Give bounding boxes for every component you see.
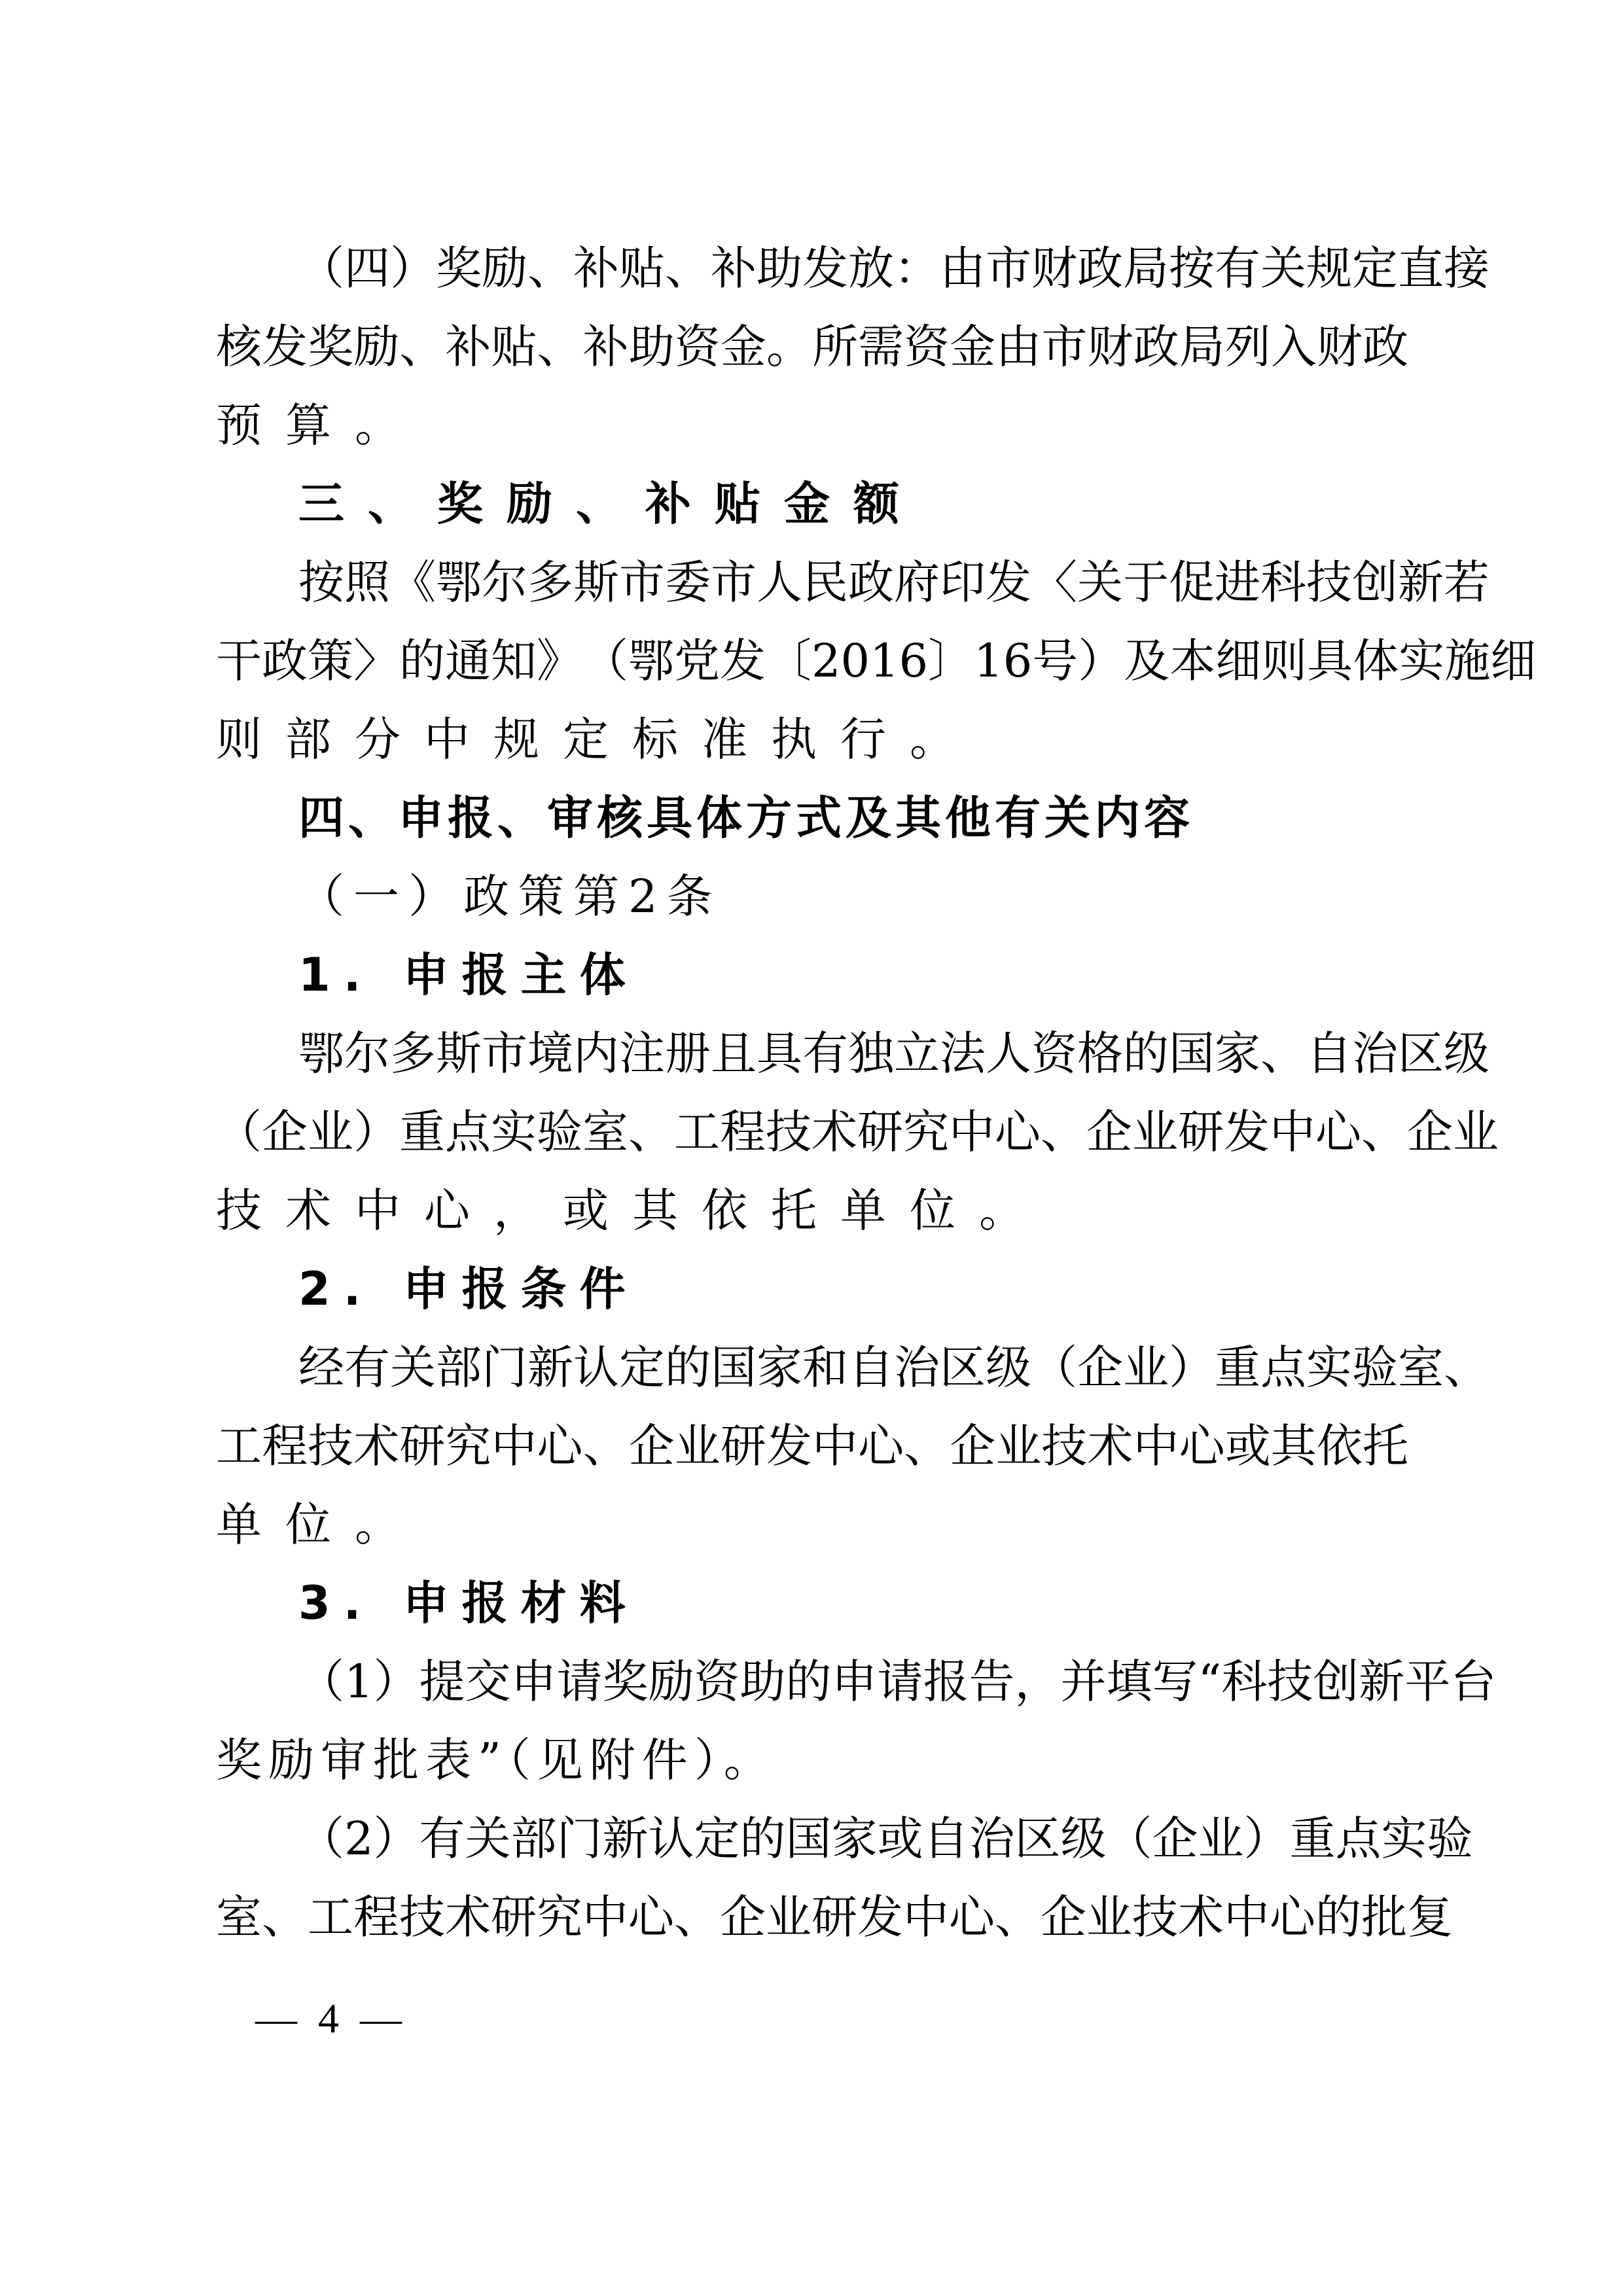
glyph: “ [1198,1646,1222,1718]
glyph: 平 [1404,1646,1450,1718]
glyph: 的 [1315,1881,1361,1953]
glyph: 斯 [436,1017,482,1089]
paragraph-applicant-line-3: 技术中心，或其依托单位。 [216,1174,1408,1246]
glyph: 业 [1453,1096,1499,1168]
paragraph-material-1-line-1: （1）提交申请奖励资助的申请报告，并填写“科技创新平台 [298,1646,1408,1718]
glyph: 点 [1260,1332,1306,1404]
glyph: 认 [649,1803,694,1875]
glyph: 并 [1061,1646,1107,1718]
glyph: 放 [848,232,894,304]
glyph: 发 [262,311,308,383]
glyph: 业 [766,1881,811,1953]
glyph: 、 [1041,1096,1086,1168]
section-heading-application-review: 四、申报、审核具体方式及其他有关内容 [298,782,1408,854]
glyph: 若 [1444,546,1489,618]
glyph: 委 [665,546,711,618]
glyph: 、 [904,1410,950,1482]
glyph: （ [216,1096,262,1168]
glyph: 家 [832,1803,878,1875]
paragraph-material-2-line-2: 室、工程技术研究中心、企业研发中心、企业技术中心的批复 [216,1881,1408,1953]
glyph: 〈 [1031,546,1077,618]
glyph: 知 [491,625,537,697]
glyph: 入 [1271,311,1317,383]
glyph: 立 [894,1017,940,1089]
glyph: 发 [802,232,848,304]
glyph: 中 [1133,1410,1179,1482]
glyph: 发 [857,1881,903,1953]
glyph: 发 [1224,1096,1270,1168]
glyph: 格 [1077,1017,1123,1089]
glyph: 印 [940,546,986,618]
glyph: 认 [573,1332,619,1404]
glyph: 和 [802,1332,848,1404]
glyph: 级 [1061,1803,1107,1875]
glyph: 定 [1352,232,1398,304]
glyph: 新 [1359,1646,1404,1718]
glyph: 程 [353,1881,399,1953]
glyph: 资 [675,311,721,383]
glyph: 申 [511,1646,557,1718]
glyph: 政 [1363,311,1408,383]
glyph: 册 [665,1017,711,1089]
glyph: 补 [445,311,491,383]
glyph: 自 [1306,1017,1352,1089]
paragraph-conditions-line-1: 经有关部门新认定的国家和自治区级（企业）重点实验室、 [298,1332,1408,1404]
glyph: 申 [832,1646,878,1718]
glyph: 或 [1225,1410,1271,1482]
glyph: 术 [353,1410,399,1482]
glyph: 心 [1270,1881,1315,1953]
glyph: 有 [1215,232,1260,304]
glyph: 新 [603,1803,649,1875]
glyph: 政 [262,625,308,697]
glyph: 区 [1398,1017,1444,1089]
glyph: ） [374,1646,419,1718]
paragraph-conditions-line-3: 单位。 [216,1489,1408,1561]
glyph: 多 [390,1017,436,1089]
glyph: 发 [766,1410,812,1482]
glyph: 研 [857,1096,903,1168]
glyph: 门 [557,1803,603,1875]
paragraph-material-2-line-1: （2）有关部门新认定的国家或自治区级（企业）重点实验 [298,1803,1408,1875]
glyph: 贴 [619,232,665,304]
glyph: 府 [894,546,940,618]
glyph: 中 [812,1410,858,1482]
glyph: 16 [974,625,1032,697]
glyph: 技 [1041,1410,1087,1482]
glyph: 实 [491,1096,537,1168]
glyph: 企 [1041,1881,1086,1953]
glyph: ： [894,232,940,304]
glyph: 新 [1398,546,1444,618]
glyph: 鄂 [436,546,482,618]
paragraph-disbursement-line-1: （四）奖励、补贴、补助发放：由市财政局按有关规定直接 [298,232,1408,304]
glyph: 企 [950,1410,995,1482]
glyph: 有 [344,1332,390,1404]
glyph: 自 [923,1803,969,1875]
glyph: 其 [1271,1410,1317,1482]
section-heading-award-amount: 三、奖励、补贴金额 [298,468,1408,540]
glyph: 究 [445,1410,491,1482]
glyph: 定 [694,1803,740,1875]
glyph: （ [1107,1803,1152,1875]
glyph: 工 [308,1881,353,1953]
glyph: 、 [1444,1332,1489,1404]
glyph: 部 [511,1803,557,1875]
glyph: 室 [216,1881,262,1953]
glyph: 〕 [928,625,974,697]
glyph: 家 [1215,1017,1260,1089]
glyph: 技 [1306,546,1352,618]
glyph: 业 [1198,1803,1244,1875]
glyph: 》 [537,625,582,697]
glyph: 于 [1123,546,1169,618]
glyph: 工 [674,1096,720,1168]
glyph: 、 [527,232,573,304]
glyph: 奖 [603,1646,649,1718]
glyph: 细 [1215,625,1261,697]
glyph: 实 [1399,625,1444,697]
glyph: 奖 [308,311,353,383]
glyph: 法 [940,1017,986,1089]
glyph: （ [582,625,628,697]
glyph: 、 [674,1881,720,1953]
glyph: 金 [950,311,995,383]
glyph: 接 [1444,232,1489,304]
glyph: 企 [629,1410,675,1482]
glyph: 的 [786,1646,832,1718]
glyph: 补 [573,232,619,304]
glyph: 《 [390,546,436,618]
glyph: 术 [1178,1881,1224,1953]
glyph: 重 [1215,1332,1260,1404]
glyph: 实 [1382,1803,1427,1875]
glyph: 2 [344,1803,374,1875]
glyph: 企 [720,1881,766,1953]
glyph: 补 [711,232,757,304]
glyph: 市 [482,1017,527,1089]
glyph: 通 [445,625,491,697]
glyph: 重 [1290,1803,1336,1875]
glyph: 业 [995,1410,1041,1482]
glyph: （ [298,1646,344,1718]
glyph: 市 [711,546,757,618]
glyph: ） [374,1803,419,1875]
glyph: 政 [1077,232,1123,304]
glyph: 照 [344,546,390,618]
glyph: 心 [995,1096,1041,1168]
glyph: 由 [940,232,986,304]
glyph: 批 [1361,1881,1407,1953]
glyph: 资 [694,1646,740,1718]
glyph: 究 [537,1881,582,1953]
glyph: 中 [491,1410,537,1482]
glyph: 财 [1031,232,1077,304]
glyph: 内 [573,1017,619,1089]
glyph: 市 [986,232,1031,304]
glyph: 业 [308,1096,353,1168]
glyph: 台 [1450,1646,1496,1718]
glyph: 中 [1224,1881,1270,1953]
glyph: 干 [216,625,262,697]
glyph: 促 [1169,546,1215,618]
glyph: 〔 [766,625,811,697]
glyph: 部 [436,1332,482,1404]
glyph: 所 [812,311,858,383]
glyph: 托 [1363,1410,1408,1482]
subheading-policy-article-2: （一）政策第2条 [298,860,1408,932]
glyph: 心 [1179,1410,1225,1482]
paragraph-disbursement-line-3: 预算。 [216,389,1408,461]
glyph: 家 [757,1332,802,1404]
glyph: 新 [527,1332,573,1404]
glyph: 验 [1427,1803,1473,1875]
glyph: 按 [298,546,344,618]
glyph: 1 [344,1646,374,1718]
paragraph-material-1-line-2: 奖励审批表”（见附件）。 [216,1724,1408,1796]
glyph: 有 [419,1803,465,1875]
glyph: 关 [1260,232,1306,304]
glyph: 励 [353,311,399,383]
glyph: 研 [721,1410,766,1482]
glyph: 列 [1225,311,1271,383]
glyph: 工 [216,1410,262,1482]
glyph: 国 [1169,1017,1215,1089]
glyph: 局 [1179,311,1225,383]
glyph: 中 [1270,1096,1315,1168]
glyph: 助 [757,232,802,304]
glyph: 业 [675,1410,721,1482]
glyph: 报 [923,1646,969,1718]
glyph: 关 [1077,546,1123,618]
glyph: 心 [1315,1096,1361,1168]
glyph: 填 [1107,1646,1152,1718]
glyph: 励 [482,232,527,304]
glyph: 具 [757,1017,802,1089]
glyph: 级 [1444,1017,1489,1089]
glyph: 规 [1306,232,1352,304]
glyph: 、 [1361,1096,1407,1168]
glyph: 市 [619,546,665,618]
glyph: 科 [1221,1646,1267,1718]
paragraph-conditions-line-2: 工程技术研究中心、企业研发中心、企业技术中心或其依托 [216,1410,1408,1482]
paragraph-amount-basis-line-3: 则部分中规定标准执行。 [216,703,1408,775]
glyph: 企 [262,1096,308,1168]
glyph: 技 [1132,1881,1178,1953]
glyph: 依 [1317,1410,1363,1482]
glyph: 心 [858,1410,904,1482]
glyph: 技 [766,1096,811,1168]
glyph: 治 [1352,1017,1398,1089]
glyph: 按 [1169,232,1215,304]
glyph: 则 [1261,625,1307,697]
glyph: （ [298,232,344,304]
glyph: 技 [1267,1646,1313,1718]
glyph: 室 [582,1096,628,1168]
glyph: 术 [1087,1410,1133,1482]
glyph: 企 [1152,1803,1198,1875]
glyph: 尔 [482,546,527,618]
item-heading-applicant: 1. 申报主体 [298,939,1408,1011]
glyph: 研 [1178,1096,1224,1168]
glyph: 重 [399,1096,445,1168]
glyph: 业 [1086,1881,1132,1953]
glyph: 民 [802,546,848,618]
glyph: 室 [1398,1332,1444,1404]
glyph: 或 [878,1803,923,1875]
glyph: 程 [720,1096,766,1168]
glyph: 注 [619,1017,665,1089]
glyph: 、 [995,1881,1041,1953]
glyph: 关 [465,1803,511,1875]
glyph: 励 [649,1646,694,1718]
glyph: 企 [1077,1332,1123,1404]
glyph: 鄂 [628,625,674,697]
glyph: 实 [1306,1332,1352,1404]
glyph: 的 [1123,1017,1169,1089]
glyph: 国 [711,1332,757,1404]
glyph: 〉 [353,625,399,697]
glyph: 资 [1031,1017,1077,1089]
glyph: 研 [491,1881,537,1953]
glyph: 且 [711,1017,757,1089]
glyph: 关 [390,1332,436,1404]
glyph: 验 [537,1096,582,1168]
glyph: 施 [1444,625,1490,697]
glyph: 企 [1086,1096,1132,1168]
glyph: 由 [995,311,1041,383]
glyph: 写 [1152,1646,1198,1718]
glyph: ， [1015,1646,1061,1718]
glyph: 点 [445,1096,491,1168]
glyph: （ [298,1803,344,1875]
glyph: 有 [802,1017,848,1089]
glyph: 心 [537,1410,583,1482]
glyph: 国 [786,1803,832,1875]
glyph: 直 [1398,232,1444,304]
glyph: 术 [445,1881,491,1953]
paragraph-applicant-line-1: 鄂尔多斯市境内注册且具有独立法人资格的国家、自治区级 [298,1017,1408,1089]
glyph: 中 [903,1881,949,1953]
glyph: 程 [262,1410,308,1482]
glyph: 复 [1407,1881,1453,1953]
glyph: 企 [1407,1096,1453,1168]
glyph: 体 [1353,625,1399,697]
glyph: 政 [1133,311,1179,383]
glyph: 策 [308,625,353,697]
glyph: （ [1031,1332,1077,1404]
glyph: 研 [811,1881,857,1953]
glyph: 技 [399,1881,445,1953]
glyph: 、 [537,311,583,383]
glyph: 究 [903,1096,949,1168]
glyph: 贴 [491,311,537,383]
item-heading-materials: 3. 申报材料 [298,1567,1408,1639]
glyph: 心 [949,1881,995,1953]
glyph: 验 [1352,1332,1398,1404]
glyph: 研 [399,1410,445,1482]
glyph: ） [1078,625,1124,697]
glyph: 、 [1260,1017,1306,1089]
glyph: 请 [878,1646,923,1718]
glyph: 市 [1041,311,1087,383]
glyph: 发 [720,625,766,697]
glyph: 、 [583,1410,629,1482]
glyph: 请 [557,1646,603,1718]
glyph: 提 [419,1646,465,1718]
glyph: 鄂 [298,1017,344,1089]
document-page: （四）奖励、补贴、补助发放：由市财政局按有关规定直接 核发奖励、补贴、补助资金。… [0,0,1623,2296]
paragraph-disbursement-line-2: 核发奖励、补贴、补助资金。所需资金由市财政局列入财政 [216,311,1408,383]
glyph: 区 [1015,1803,1061,1875]
glyph: 、 [399,311,445,383]
glyph: 自 [848,1332,894,1404]
glyph: 细 [1490,625,1536,697]
glyph: ） [1244,1803,1290,1875]
glyph: 金 [721,311,766,383]
glyph: 奖 [436,232,482,304]
glyph: 独 [848,1017,894,1089]
glyph: 财 [1317,311,1363,383]
glyph: 点 [1336,1803,1382,1875]
glyph: 助 [629,311,675,383]
glyph: 、 [628,1096,674,1168]
glyph: 核 [216,311,262,383]
glyph: 本 [1169,625,1215,697]
glyph: 、 [262,1881,308,1953]
glyph: 助 [740,1646,786,1718]
glyph: 政 [848,546,894,618]
glyph: 号 [1032,625,1078,697]
glyph: 技 [308,1410,353,1482]
glyph: 交 [465,1646,511,1718]
glyph: 斯 [573,546,619,618]
glyph: 具 [1307,625,1353,697]
glyph: 人 [986,1017,1031,1089]
glyph: 经 [298,1332,344,1404]
glyph: 治 [969,1803,1015,1875]
glyph: 中 [582,1881,628,1953]
glyph: ） [353,1096,399,1168]
glyph: 境 [527,1017,573,1089]
glyph: 的 [740,1803,786,1875]
glyph: 心 [628,1881,674,1953]
glyph: 补 [583,311,629,383]
glyph: 四 [344,232,390,304]
glyph: 多 [527,546,573,618]
glyph: 发 [986,546,1031,618]
glyph: 创 [1352,546,1398,618]
glyph: 。 [766,311,812,383]
glyph: 2016 [811,625,928,697]
paragraph-amount-basis-line-1: 按照《鄂尔多斯市委市人民政府印发〈关于促进科技创新若 [298,546,1408,618]
glyph: ） [1169,1332,1215,1404]
paragraph-amount-basis-line-2: 干政策〉的通知》（鄂党发〔2016〕16号）及本细则具体实施细 [216,625,1408,697]
glyph: 党 [674,625,720,697]
item-heading-conditions: 2. 申报条件 [298,1253,1408,1325]
glyph: 门 [482,1332,527,1404]
glyph: 资 [904,311,950,383]
glyph: 区 [940,1332,986,1404]
glyph: 需 [858,311,904,383]
glyph: 创 [1313,1646,1359,1718]
glyph: ） [390,232,436,304]
page-number-footer: — 4 — [255,1989,402,2048]
glyph: 业 [1123,1332,1169,1404]
glyph: 财 [1087,311,1133,383]
glyph: 术 [811,1096,857,1168]
glyph: 业 [1132,1096,1178,1168]
